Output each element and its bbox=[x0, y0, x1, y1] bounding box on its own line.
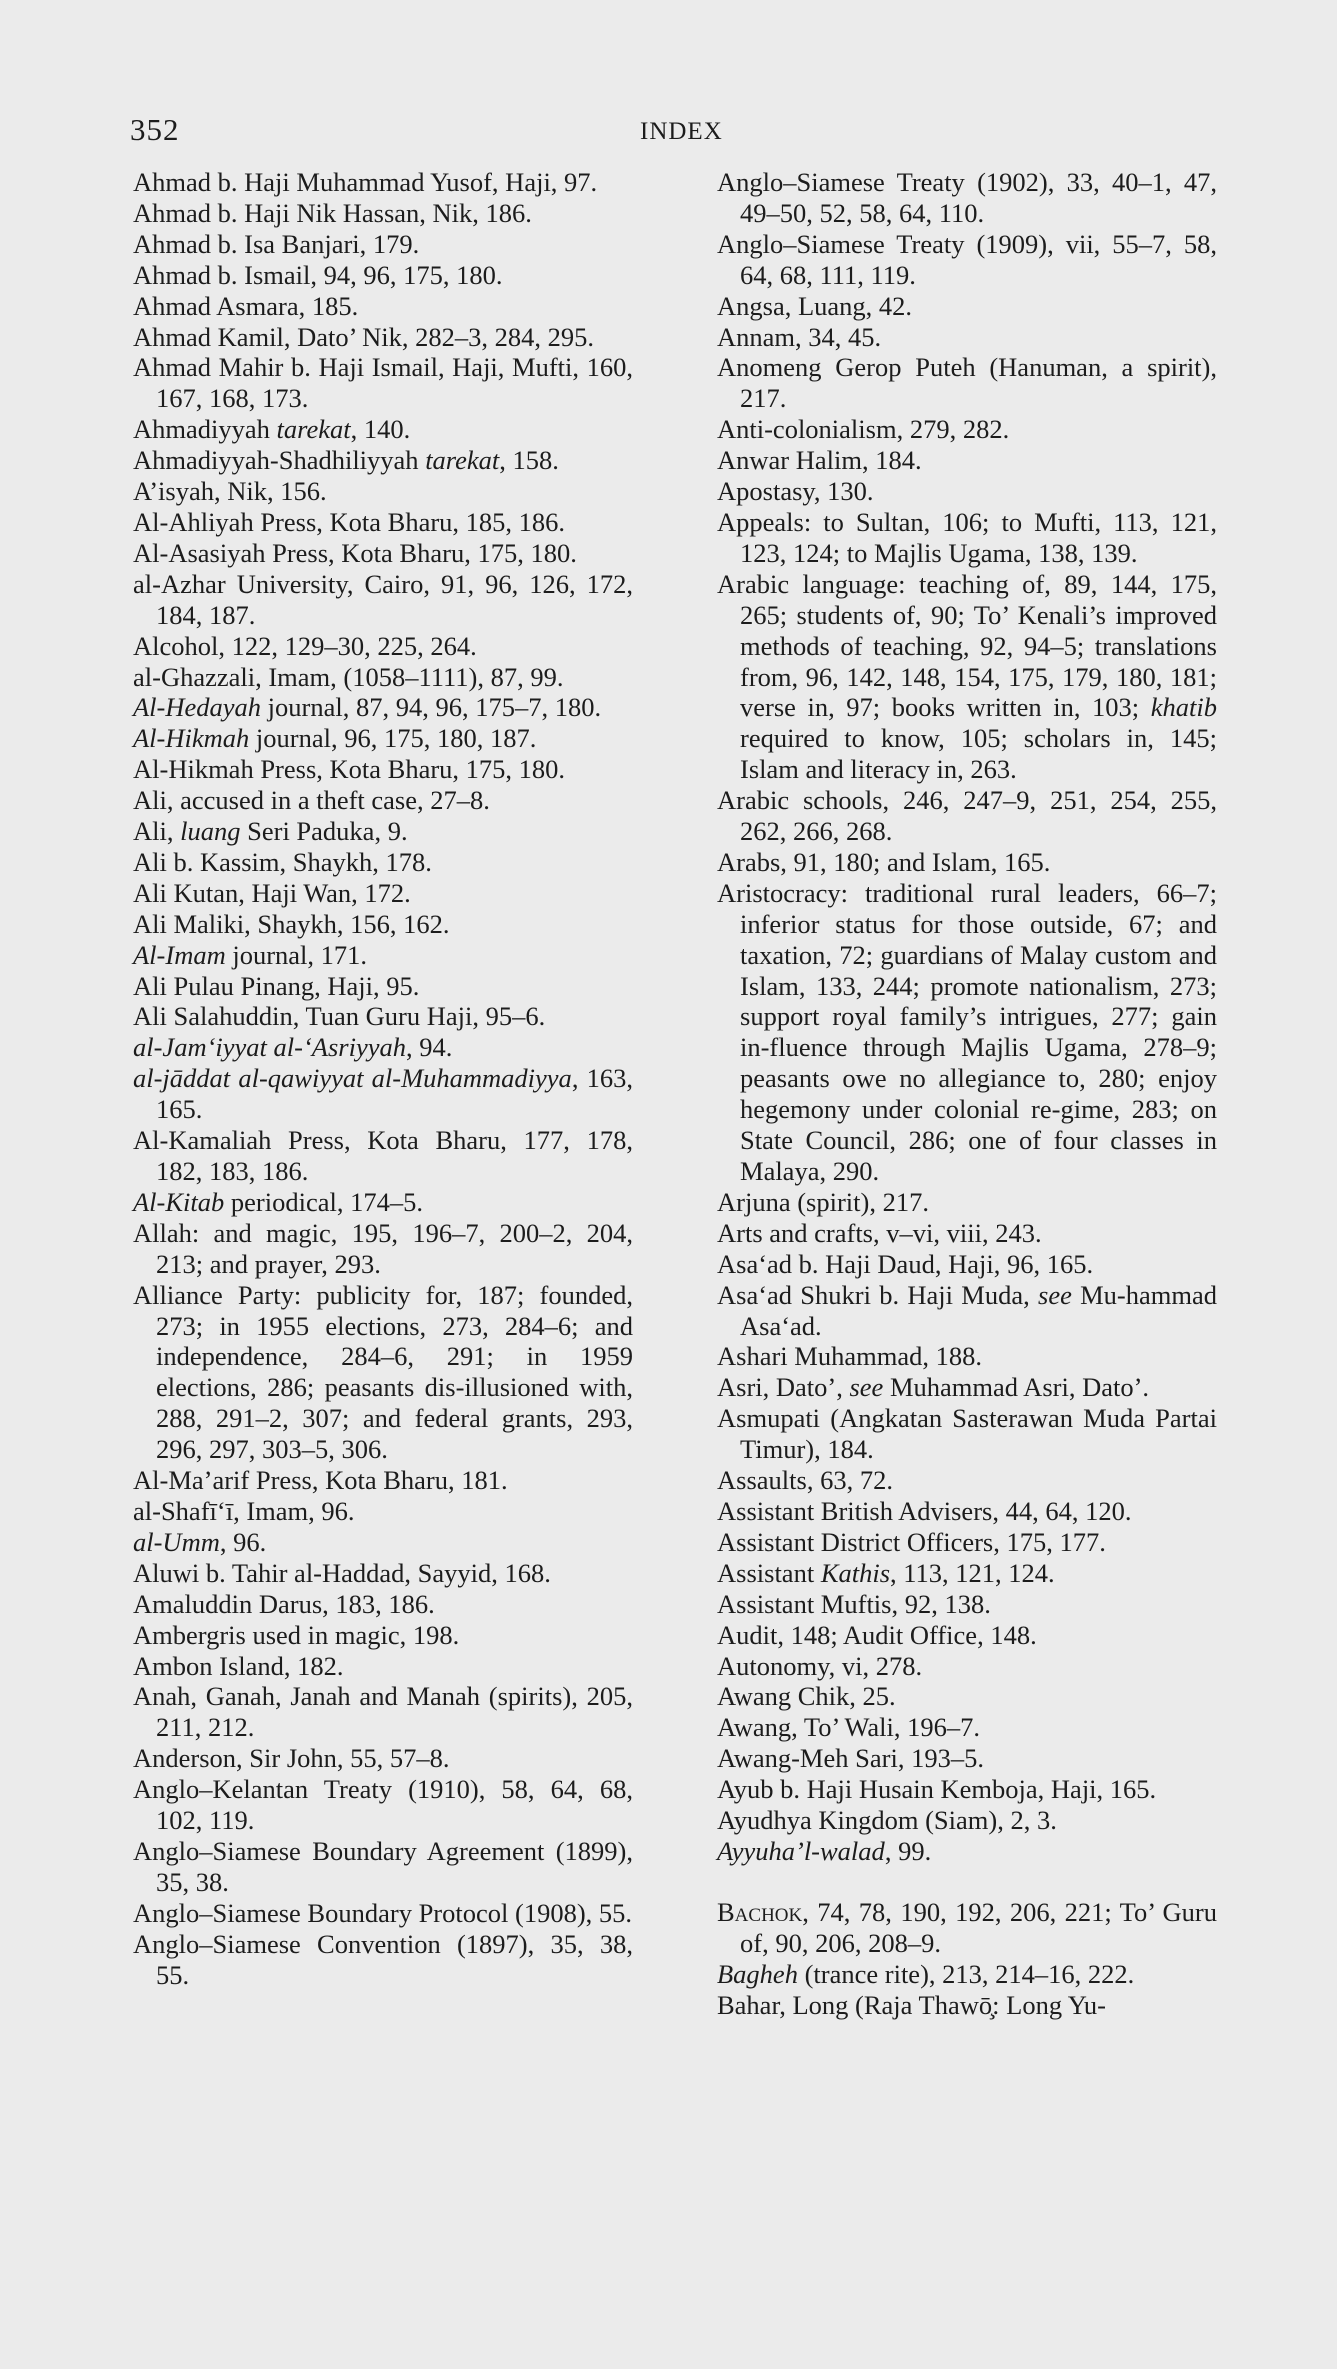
index-entry-text: Ali b. Kassim, Shaykh, 178. bbox=[133, 847, 432, 877]
index-entry-text: Anglo–Siamese Treaty (1902), 33, 40–1, 4… bbox=[717, 167, 1217, 228]
index-entry-text: Ahmadiyyah bbox=[133, 414, 277, 444]
index-entry: Ayudhya Kingdom (Siam), 2, 3. bbox=[717, 1805, 1217, 1836]
index-entry-text: Allah: and magic, 195, 196–7, 200–2, 204… bbox=[133, 1218, 633, 1279]
running-head: 352 INDEX bbox=[130, 112, 1210, 152]
index-entry-text: Assistant District Officers, 175, 177. bbox=[717, 1527, 1106, 1557]
index-entry-text: Ashari Muhammad, 188. bbox=[717, 1341, 982, 1371]
index-entry-text: Arabic language: teaching of, 89, 144, 1… bbox=[717, 569, 1217, 723]
index-entry: Ahmad b. Haji Nik Hassan, Nik, 186. bbox=[133, 198, 633, 229]
index-entry-text: Appeals: to Sultan, 106; to Mufti, 113, … bbox=[717, 507, 1217, 568]
index-entry-pages: , 96. bbox=[220, 1527, 266, 1557]
index-entry-italic-term: Bagheh bbox=[717, 1959, 798, 1989]
index-entry: al-Umm, 96. bbox=[133, 1527, 633, 1558]
index-entry: al-jāddat al-qawiyyat al-Muhammadiyya, 1… bbox=[133, 1063, 633, 1125]
index-entry-pages: required to know, 105; scholars in, 145;… bbox=[740, 723, 1217, 784]
index-entry-text: Ali, bbox=[133, 816, 180, 846]
index-entry-text: Asri, Dato’, bbox=[717, 1372, 849, 1402]
index-entry-text: Ali Salahuddin, Tuan Guru Haji, 95–6. bbox=[133, 1001, 545, 1031]
index-entry: al-Jam‘iyyat al-‘Asriyyah, 94. bbox=[133, 1032, 633, 1063]
index-entry-text: Anti-colonialism, 279, 282. bbox=[717, 414, 1009, 444]
index-entry: Asmupati (Angkatan Sasterawan Muda Parta… bbox=[717, 1403, 1217, 1465]
index-entry-italic-term: al-Jam‘iyyat al-‘Asriyyah bbox=[133, 1032, 406, 1062]
index-entry: Anah, Ganah, Janah and Manah (spirits), … bbox=[133, 1681, 633, 1743]
index-entry: al-Ghazzali, Imam, (1058–1111), 87, 99. bbox=[133, 662, 633, 693]
index-entry-text: Anglo–Siamese Boundary Protocol (1908), … bbox=[133, 1898, 632, 1928]
index-entry-text: Alliance Party: publicity for, 187; foun… bbox=[133, 1280, 633, 1465]
index-entry-text: Ali Maliki, Shaykh, 156, 162. bbox=[133, 909, 450, 939]
index-entry-text: al-Shafī‘ī, Imam, 96. bbox=[133, 1496, 355, 1526]
index-entry-text: Ahmad Kamil, Dato’ Nik, 282–3, 284, 295. bbox=[133, 322, 594, 352]
index-entry: Ahmad Asmara, 185. bbox=[133, 291, 633, 322]
index-entry-text: Al-Kamaliah Press, Kota Bharu, 177, 178,… bbox=[133, 1125, 633, 1186]
index-entry-italic-term: khatib bbox=[1151, 692, 1217, 722]
index-entry-text: Anglo–Siamese Treaty (1909), vii, 55–7, … bbox=[717, 229, 1217, 290]
index-entry-pages: journal, 96, 175, 180, 187. bbox=[249, 723, 536, 753]
index-entry-text: Assaults, 63, 72. bbox=[717, 1465, 893, 1495]
index-entry: Ali Maliki, Shaykh, 156, 162. bbox=[133, 909, 633, 940]
index-entry-text: Alcohol, 122, 129–30, 225, 264. bbox=[133, 631, 477, 661]
index-entry: Al-Hikmah Press, Kota Bharu, 175, 180. bbox=[133, 754, 633, 785]
index-entry: Asa‘ad Shukri b. Haji Muda, see Mu-hamma… bbox=[717, 1280, 1217, 1342]
index-entry: Bachok, 74, 78, 190, 192, 206, 221; To’ … bbox=[717, 1897, 1217, 1959]
index-entry: Amaluddin Darus, 183, 186. bbox=[133, 1589, 633, 1620]
index-entry: Al-Kamaliah Press, Kota Bharu, 177, 178,… bbox=[133, 1125, 633, 1187]
index-entry: Al-Hedayah journal, 87, 94, 96, 175–7, 1… bbox=[133, 692, 633, 723]
index-entry-text: Anglo–Siamese Convention (1897), 35, 38,… bbox=[133, 1929, 633, 1990]
index-entry-text: Assistant Muftis, 92, 138. bbox=[717, 1589, 991, 1619]
index-entry-text: Assistant British Advisers, 44, 64, 120. bbox=[717, 1496, 1131, 1526]
index-entry: Ali Pulau Pinang, Haji, 95. bbox=[133, 971, 633, 1002]
index-entry-text: Amaluddin Darus, 183, 186. bbox=[133, 1589, 435, 1619]
index-entry-text: Annam, 34, 45. bbox=[717, 322, 881, 352]
index-entry-text: Ali, accused in a theft case, 27–8. bbox=[133, 785, 490, 815]
index-entry: Anglo–Siamese Convention (1897), 35, 38,… bbox=[133, 1929, 633, 1991]
index-entry-text: Audit, 148; Audit Office, 148. bbox=[717, 1620, 1037, 1650]
index-entry: Al-Hikmah journal, 96, 175, 180, 187. bbox=[133, 723, 633, 754]
index-entry-text: Asa‘ad b. Haji Daud, Haji, 96, 165. bbox=[717, 1249, 1093, 1279]
index-entry-text: Al-Ma’arif Press, Kota Bharu, 181. bbox=[133, 1465, 508, 1495]
index-entry: Anti-colonialism, 279, 282. bbox=[717, 414, 1217, 445]
index-entry: Arabic schools, 246, 247–9, 251, 254, 25… bbox=[717, 785, 1217, 847]
index-entry-text: Arts and crafts, v–vi, viii, 243. bbox=[717, 1218, 1042, 1248]
index-entry: Ali Kutan, Haji Wan, 172. bbox=[133, 878, 633, 909]
index-entry: Ahmad b. Haji Muhammad Yusof, Haji, 97. bbox=[133, 167, 633, 198]
index-entry-pages: , 140. bbox=[351, 414, 411, 444]
index-entry: Anderson, Sir John, 55, 57–8. bbox=[133, 1743, 633, 1774]
index-entry: Awang, To’ Wali, 196–7. bbox=[717, 1712, 1217, 1743]
index-entry-text: Ambon Island, 182. bbox=[133, 1651, 344, 1681]
index-entry: Asri, Dato’, see Muhammad Asri, Dato’. bbox=[717, 1372, 1217, 1403]
index-entry-italic-term: tarekat bbox=[425, 445, 499, 475]
index-entry: al-Shafī‘ī, Imam, 96. bbox=[133, 1496, 633, 1527]
index-entry-text: Ayudhya Kingdom (Siam), 2, 3. bbox=[717, 1805, 1057, 1835]
index-entry-text: Ahmad Mahir b. Haji Ismail, Haji, Mufti,… bbox=[133, 352, 633, 413]
index-entry: Anglo–Siamese Boundary Protocol (1908), … bbox=[133, 1898, 633, 1929]
index-entry: Anglo–Siamese Treaty (1909), vii, 55–7, … bbox=[717, 229, 1217, 291]
index-entry-text: Anwar Halim, 184. bbox=[717, 445, 922, 475]
index-entry: al-Azhar University, Cairo, 91, 96, 126,… bbox=[133, 569, 633, 631]
index-entry: Audit, 148; Audit Office, 148. bbox=[717, 1620, 1217, 1651]
index-entry: Assistant District Officers, 175, 177. bbox=[717, 1527, 1217, 1558]
index-entry: Al-Imam journal, 171. bbox=[133, 940, 633, 971]
index-entry: Aristocracy: traditional rural leaders, … bbox=[717, 878, 1217, 1187]
index-entry: Arabs, 91, 180; and Islam, 165. bbox=[717, 847, 1217, 878]
index-entry: Al-Asasiyah Press, Kota Bharu, 175, 180. bbox=[133, 538, 633, 569]
index-entry: Aluwi b. Tahir al-Haddad, Sayyid, 168. bbox=[133, 1558, 633, 1589]
index-entry-text: Apostasy, 130. bbox=[717, 476, 874, 506]
index-entry: Arabic language: teaching of, 89, 144, 1… bbox=[717, 569, 1217, 785]
index-entry: Ahmad b. Ismail, 94, 96, 175, 180. bbox=[133, 260, 633, 291]
index-entry-pages: Muhammad Asri, Dato’. bbox=[883, 1372, 1149, 1402]
index-entry-text: al-Ghazzali, Imam, (1058–1111), 87, 99. bbox=[133, 662, 564, 692]
index-entry: Anomeng Gerop Puteh (Hanuman, a spirit),… bbox=[717, 352, 1217, 414]
index-entry-text: Arjuna (spirit), 217. bbox=[717, 1187, 929, 1217]
index-entry: Arts and crafts, v–vi, viii, 243. bbox=[717, 1218, 1217, 1249]
index-entry: Ayub b. Haji Husain Kemboja, Haji, 165. bbox=[717, 1774, 1217, 1805]
index-entry-pages: , 99. bbox=[885, 1836, 931, 1866]
index-entry-italic-term: Al-Hedayah bbox=[133, 692, 261, 722]
index-entry: A’isyah, Nik, 156. bbox=[133, 476, 633, 507]
index-entry-text: Ali Kutan, Haji Wan, 172. bbox=[133, 878, 411, 908]
index-entry-italic-term: al-jāddat al-qawiyyat al-Muhammadiyya bbox=[133, 1063, 572, 1093]
index-entry-italic-term: al-Umm bbox=[133, 1527, 220, 1557]
index-entry-text: Ambergris used in magic, 198. bbox=[133, 1620, 459, 1650]
index-entry: Appeals: to Sultan, 106; to Mufti, 113, … bbox=[717, 507, 1217, 569]
index-entry-text: Al-Hikmah Press, Kota Bharu, 175, 180. bbox=[133, 754, 565, 784]
index-entry: Assaults, 63, 72. bbox=[717, 1465, 1217, 1496]
index-entry-pages: periodical, 174–5. bbox=[224, 1187, 423, 1217]
index-entry-pages: Seri Paduka, 9. bbox=[241, 816, 408, 846]
index-entry-text: Assistant bbox=[717, 1558, 821, 1588]
index-entry-text: A’isyah, Nik, 156. bbox=[133, 476, 327, 506]
index-entry: Anglo–Siamese Boundary Agreement (1899),… bbox=[133, 1836, 633, 1898]
index-entry-text: Autonomy, vi, 278. bbox=[717, 1651, 922, 1681]
index-entry: Assistant British Advisers, 44, 64, 120. bbox=[717, 1496, 1217, 1527]
index-entry-text: Anglo–Siamese Boundary Agreement (1899),… bbox=[133, 1836, 633, 1897]
index-entry: Al-Ahliyah Press, Kota Bharu, 185, 186. bbox=[133, 507, 633, 538]
index-entry: Annam, 34, 45. bbox=[717, 322, 1217, 353]
index-entry: Anglo–Siamese Treaty (1902), 33, 40–1, 4… bbox=[717, 167, 1217, 229]
index-column-right: Anglo–Siamese Treaty (1902), 33, 40–1, 4… bbox=[717, 167, 1217, 2020]
index-entry: Angsa, Luang, 42. bbox=[717, 291, 1217, 322]
index-entry-text: Asa‘ad Shukri b. Haji Muda, bbox=[717, 1280, 1038, 1310]
index-entry: Awang-Meh Sari, 193–5. bbox=[717, 1743, 1217, 1774]
index-entry-text: Al-Ahliyah Press, Kota Bharu, 185, 186. bbox=[133, 507, 565, 537]
index-entry-text: Arabs, 91, 180; and Islam, 165. bbox=[717, 847, 1050, 877]
index-entry-pages: journal, 87, 94, 96, 175–7, 180. bbox=[261, 692, 601, 722]
index-entry-text: Angsa, Luang, 42. bbox=[717, 291, 912, 321]
index-entry-pages: , 94. bbox=[406, 1032, 452, 1062]
index-entry: Bahar, Long (Raja Thawō̧: Long Yu- bbox=[717, 1990, 1217, 2021]
index-entry-text: Asmupati (Angkatan Sasterawan Muda Parta… bbox=[717, 1403, 1217, 1464]
index-entry-text: Awang Chik, 25. bbox=[717, 1681, 896, 1711]
index-entry-italic-term: Al-Hikmah bbox=[133, 723, 249, 753]
index-entry: Anwar Halim, 184. bbox=[717, 445, 1217, 476]
index-entry-italic-term: see bbox=[1038, 1280, 1072, 1310]
index-entry: Ahmadiyyah tarekat, 140. bbox=[133, 414, 633, 445]
index-entry: Apostasy, 130. bbox=[717, 476, 1217, 507]
index-entry-text: Aristocracy: traditional rural leaders, … bbox=[717, 878, 1217, 1186]
page-title: INDEX bbox=[640, 118, 723, 146]
index-entry-text: Awang-Meh Sari, 193–5. bbox=[717, 1743, 984, 1773]
index-entry: Al-Kitab periodical, 174–5. bbox=[133, 1187, 633, 1218]
index-entry: Bagheh (trance rite), 213, 214–16, 222. bbox=[717, 1959, 1217, 1990]
index-entry-text: Anomeng Gerop Puteh (Hanuman, a spirit),… bbox=[717, 352, 1217, 413]
index-entry-text: Awang, To’ Wali, 196–7. bbox=[717, 1712, 980, 1742]
index-entry-text: Ali Pulau Pinang, Haji, 95. bbox=[133, 971, 419, 1001]
index-entry-pages: (trance rite), 213, 214–16, 222. bbox=[798, 1959, 1134, 1989]
index-entry-text: Ahmad b. Haji Muhammad Yusof, Haji, 97. bbox=[133, 167, 597, 197]
book-page: 352 INDEX Ahmad b. Haji Muhammad Yusof, … bbox=[0, 0, 1337, 2369]
index-entry: Ambergris used in magic, 198. bbox=[133, 1620, 633, 1651]
index-entry-pages: , 158. bbox=[499, 445, 559, 475]
index-entry: Assistant Muftis, 92, 138. bbox=[717, 1589, 1217, 1620]
index-entry-pages: , 74, 78, 190, 192, 206, 221; To’ Guru o… bbox=[740, 1897, 1217, 1958]
index-entry: Asa‘ad b. Haji Daud, Haji, 96, 165. bbox=[717, 1249, 1217, 1280]
index-entry-italic-term: see bbox=[849, 1372, 883, 1402]
index-entry: Assistant Kathis, 113, 121, 124. bbox=[717, 1558, 1217, 1589]
index-entry-italic-term: Al-Imam bbox=[133, 940, 226, 970]
index-entry-text: al-Azhar University, Cairo, 91, 96, 126,… bbox=[133, 569, 633, 630]
index-entry: Anglo–Kelantan Treaty (1910), 58, 64, 68… bbox=[133, 1774, 633, 1836]
index-entry-italic-term: tarekat bbox=[277, 414, 351, 444]
index-entry-text: Ahmad Asmara, 185. bbox=[133, 291, 358, 321]
index-entry-italic-term: Ayyuha’l-walad bbox=[717, 1836, 885, 1866]
index-entry: Ambon Island, 182. bbox=[133, 1651, 633, 1682]
index-entry-italic-term: luang bbox=[180, 816, 240, 846]
index-entry-text: Bahar, Long (Raja Thawō̧: Long Yu- bbox=[717, 1990, 1106, 2020]
index-entry-pages: journal, 171. bbox=[226, 940, 367, 970]
index-entry: Arjuna (spirit), 217. bbox=[717, 1187, 1217, 1218]
index-entry-text: Ahmadiyyah-Shadhiliyyah bbox=[133, 445, 425, 475]
index-entry: Awang Chik, 25. bbox=[717, 1681, 1217, 1712]
index-entry-text: Anglo–Kelantan Treaty (1910), 58, 64, 68… bbox=[133, 1774, 633, 1835]
index-entry: Al-Ma’arif Press, Kota Bharu, 181. bbox=[133, 1465, 633, 1496]
index-entry-text: Ayub b. Haji Husain Kemboja, Haji, 165. bbox=[717, 1774, 1156, 1804]
index-entry-text: Ahmad b. Haji Nik Hassan, Nik, 186. bbox=[133, 198, 532, 228]
index-entry: Alcohol, 122, 129–30, 225, 264. bbox=[133, 631, 633, 662]
index-entry-italic-term: Al-Kitab bbox=[133, 1187, 224, 1217]
index-entry: Ali, luang Seri Paduka, 9. bbox=[133, 816, 633, 847]
index-entry: Alliance Party: publicity for, 187; foun… bbox=[133, 1280, 633, 1465]
index-entry: Ahmad Kamil, Dato’ Nik, 282–3, 284, 295. bbox=[133, 322, 633, 353]
index-entry: Ali, accused in a theft case, 27–8. bbox=[133, 785, 633, 816]
index-entry-text: Arabic schools, 246, 247–9, 251, 254, 25… bbox=[717, 785, 1217, 846]
index-entry-text: Anah, Ganah, Janah and Manah (spirits), … bbox=[133, 1681, 633, 1742]
index-entry: Ali Salahuddin, Tuan Guru Haji, 95–6. bbox=[133, 1001, 633, 1032]
index-entry: Ahmad b. Isa Banjari, 179. bbox=[133, 229, 633, 260]
index-entry-text: Aluwi b. Tahir al-Haddad, Sayyid, 168. bbox=[133, 1558, 551, 1588]
index-entry: Ali b. Kassim, Shaykh, 178. bbox=[133, 847, 633, 878]
index-entry-italic-term: Kathis bbox=[821, 1558, 890, 1588]
index-entry-text: Ahmad b. Ismail, 94, 96, 175, 180. bbox=[133, 260, 503, 290]
index-entry: Ashari Muhammad, 188. bbox=[717, 1341, 1217, 1372]
page-number: 352 bbox=[130, 112, 180, 148]
index-entry-heading-smallcaps: Bachok bbox=[717, 1897, 802, 1927]
index-entry-text: Al-Asasiyah Press, Kota Bharu, 175, 180. bbox=[133, 538, 577, 568]
index-entry-text: Ahmad b. Isa Banjari, 179. bbox=[133, 229, 419, 259]
index-entry: Ahmad Mahir b. Haji Ismail, Haji, Mufti,… bbox=[133, 352, 633, 414]
index-entry: Autonomy, vi, 278. bbox=[717, 1651, 1217, 1682]
index-entry: Ayyuha’l-walad, 99. bbox=[717, 1836, 1217, 1867]
index-entry: Allah: and magic, 195, 196–7, 200–2, 204… bbox=[133, 1218, 633, 1280]
index-entry-pages: , 113, 121, 124. bbox=[890, 1558, 1055, 1588]
index-entry-text: Anderson, Sir John, 55, 57–8. bbox=[133, 1743, 450, 1773]
index-column-left: Ahmad b. Haji Muhammad Yusof, Haji, 97.A… bbox=[133, 167, 633, 1990]
index-entry: Ahmadiyyah-Shadhiliyyah tarekat, 158. bbox=[133, 445, 633, 476]
